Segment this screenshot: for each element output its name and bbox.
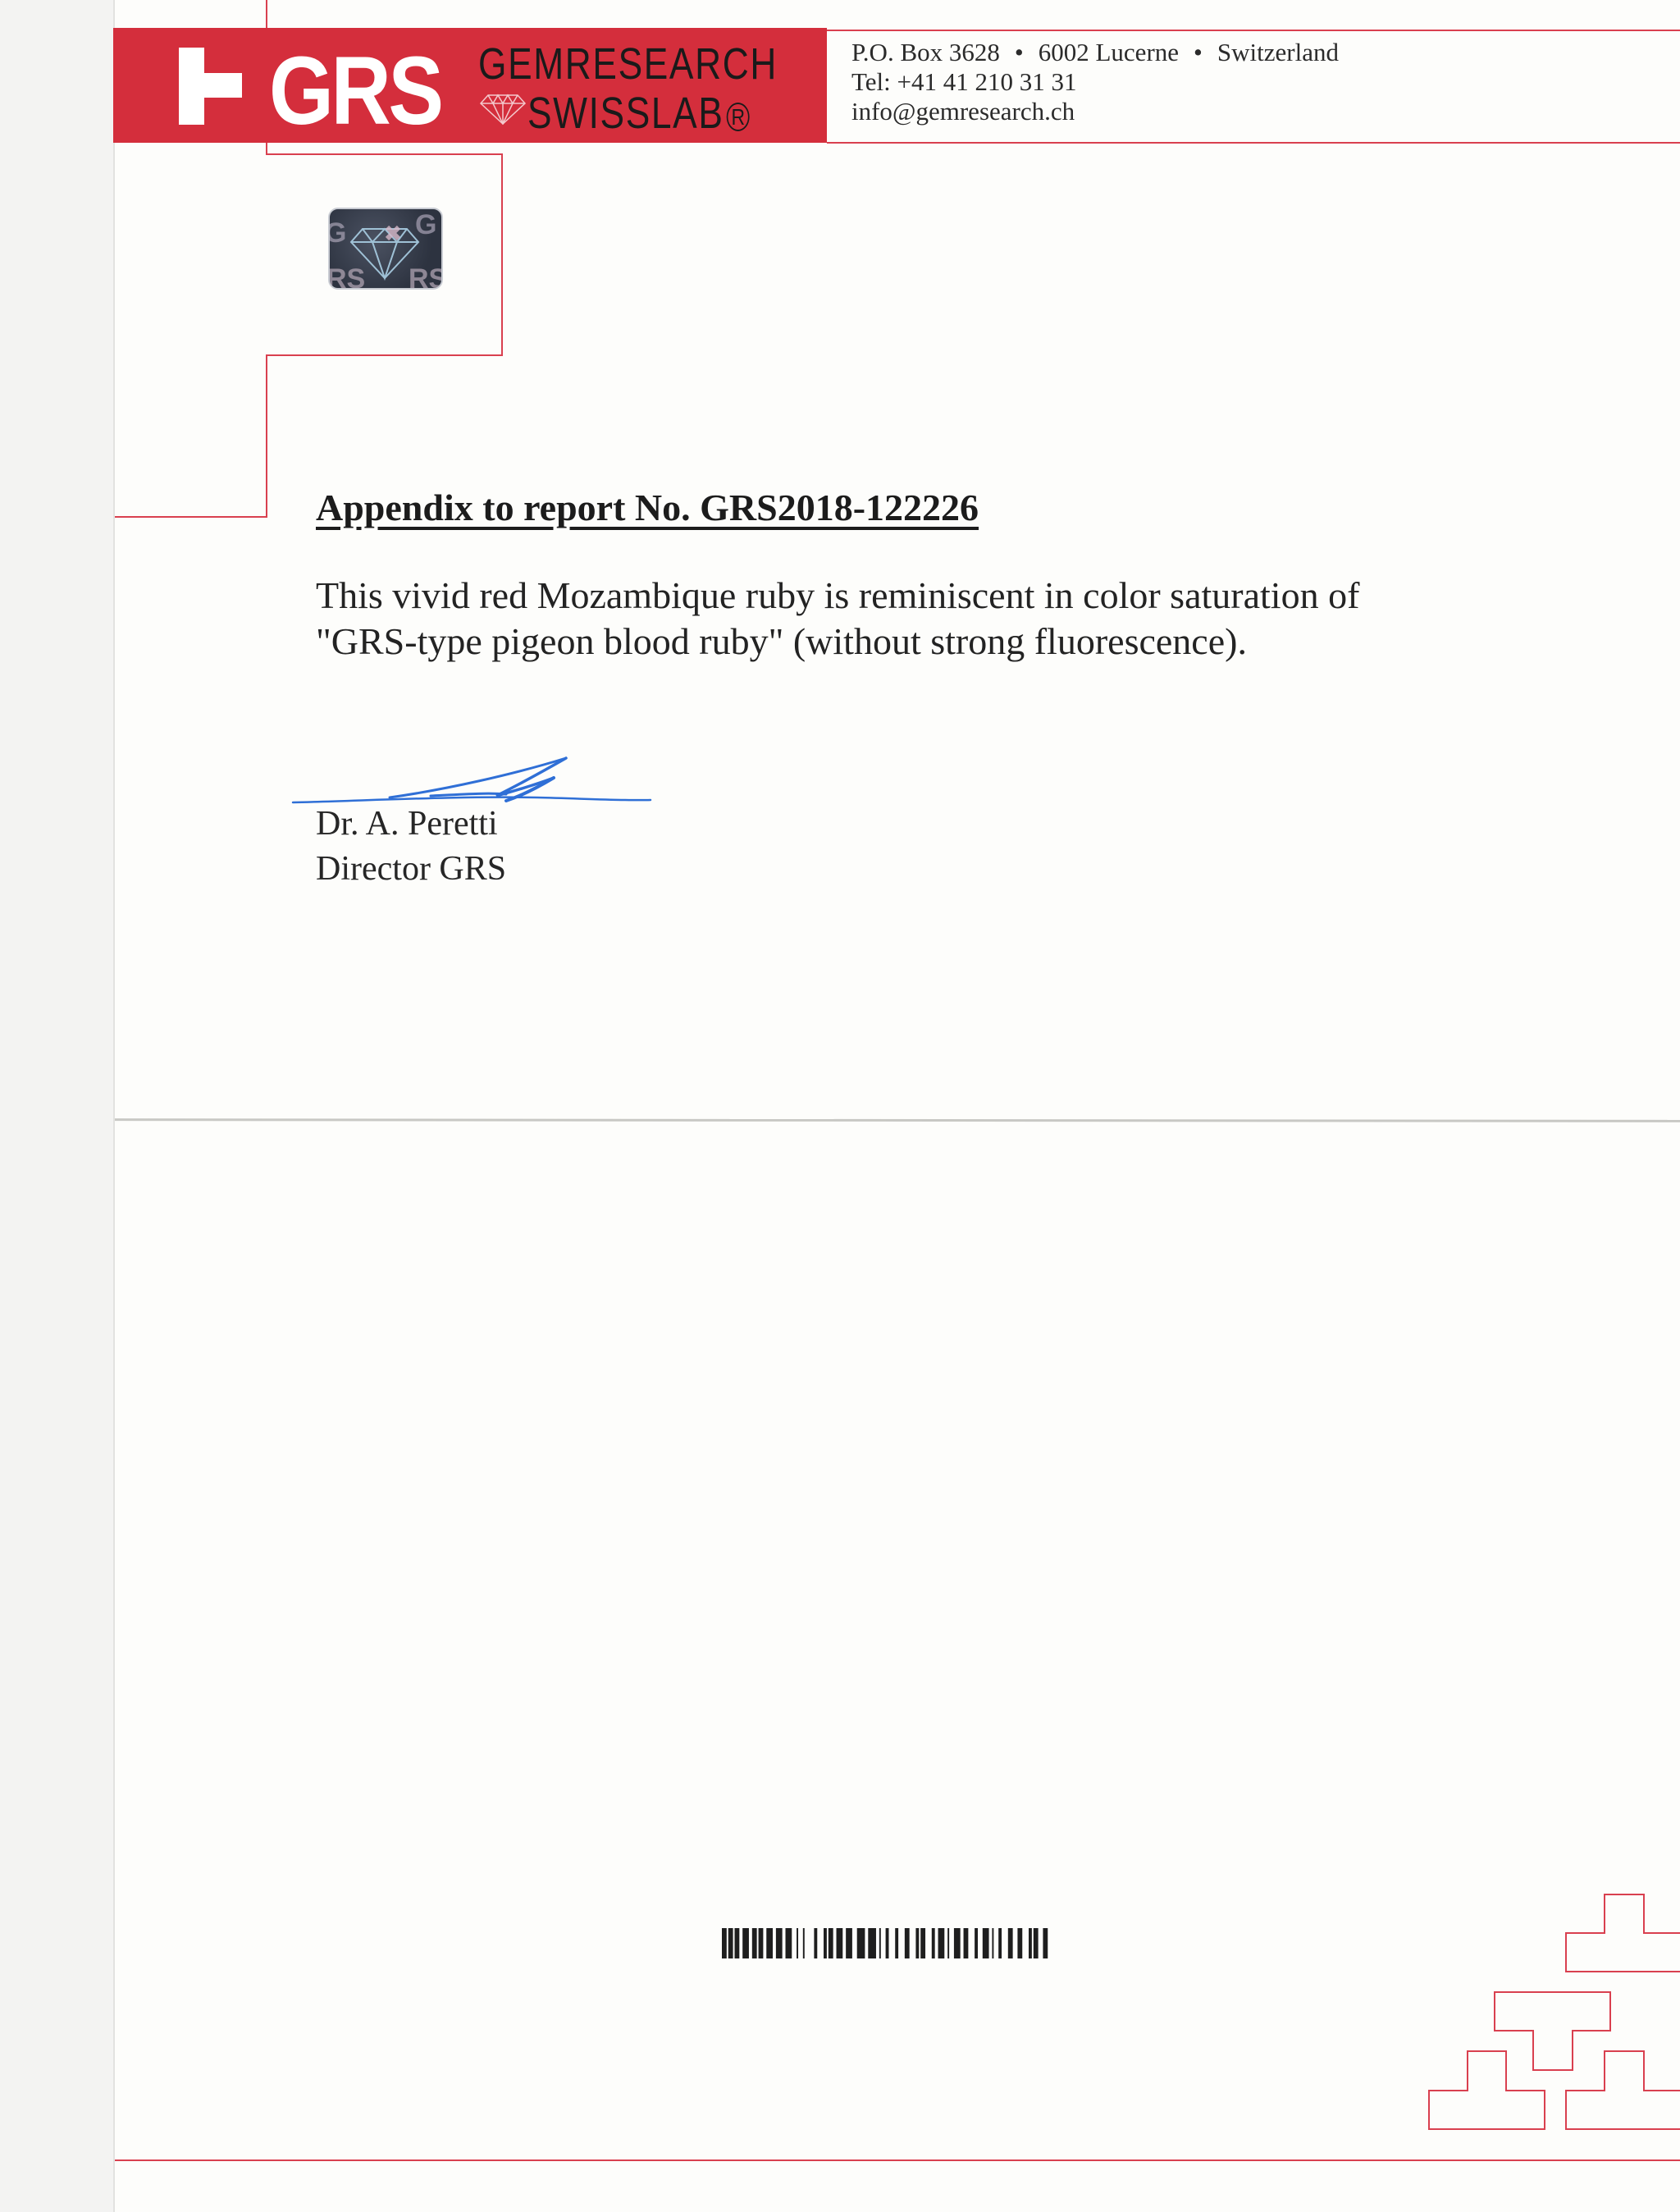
signatory-title: Director GRS	[316, 848, 506, 890]
brand-line-2-text: SWISSLAB	[527, 89, 724, 138]
logo-text: GRS	[269, 43, 441, 139]
diamond-hologram-icon: G G RS RS	[330, 209, 441, 288]
scan-margin	[0, 0, 115, 2212]
brand-line-2: SWISSLABR	[527, 89, 750, 142]
fold-line	[115, 1118, 1680, 1122]
swiss-cross-mark-icon	[179, 48, 204, 125]
svg-text:G: G	[330, 217, 346, 249]
swiss-cross-arm	[204, 73, 242, 98]
svg-text:RS: RS	[409, 263, 441, 288]
appendix-text: This vivid red Mozambique ruby is remini…	[316, 573, 1431, 665]
svg-text:RS: RS	[330, 263, 365, 288]
grs-step-logo-icon	[1419, 1887, 1680, 2133]
email-link[interactable]: info@gemresearch.ch	[851, 97, 1339, 126]
address-block: P.O. Box 3628•6002 Lucerne•Switzerland T…	[851, 38, 1339, 126]
brand-line-1: GEMRESEARCH	[478, 39, 778, 89]
signatory-name: Dr. A. Peretti	[316, 802, 498, 845]
phone: Tel: +41 41 210 31 31	[851, 67, 1339, 97]
svg-text:G: G	[415, 209, 436, 240]
barcode-icon	[722, 1928, 1054, 1958]
page-title: Appendix to report No. GRS2018-122226	[316, 486, 979, 529]
brand-bar: GRS GEMRESEARCH SWISSLABR	[113, 28, 827, 143]
registered-mark-icon: R	[727, 103, 750, 131]
security-hologram: G G RS RS	[328, 208, 443, 290]
postal-address: P.O. Box 3628•6002 Lucerne•Switzerland	[851, 38, 1339, 67]
diamond-icon	[480, 94, 526, 125]
